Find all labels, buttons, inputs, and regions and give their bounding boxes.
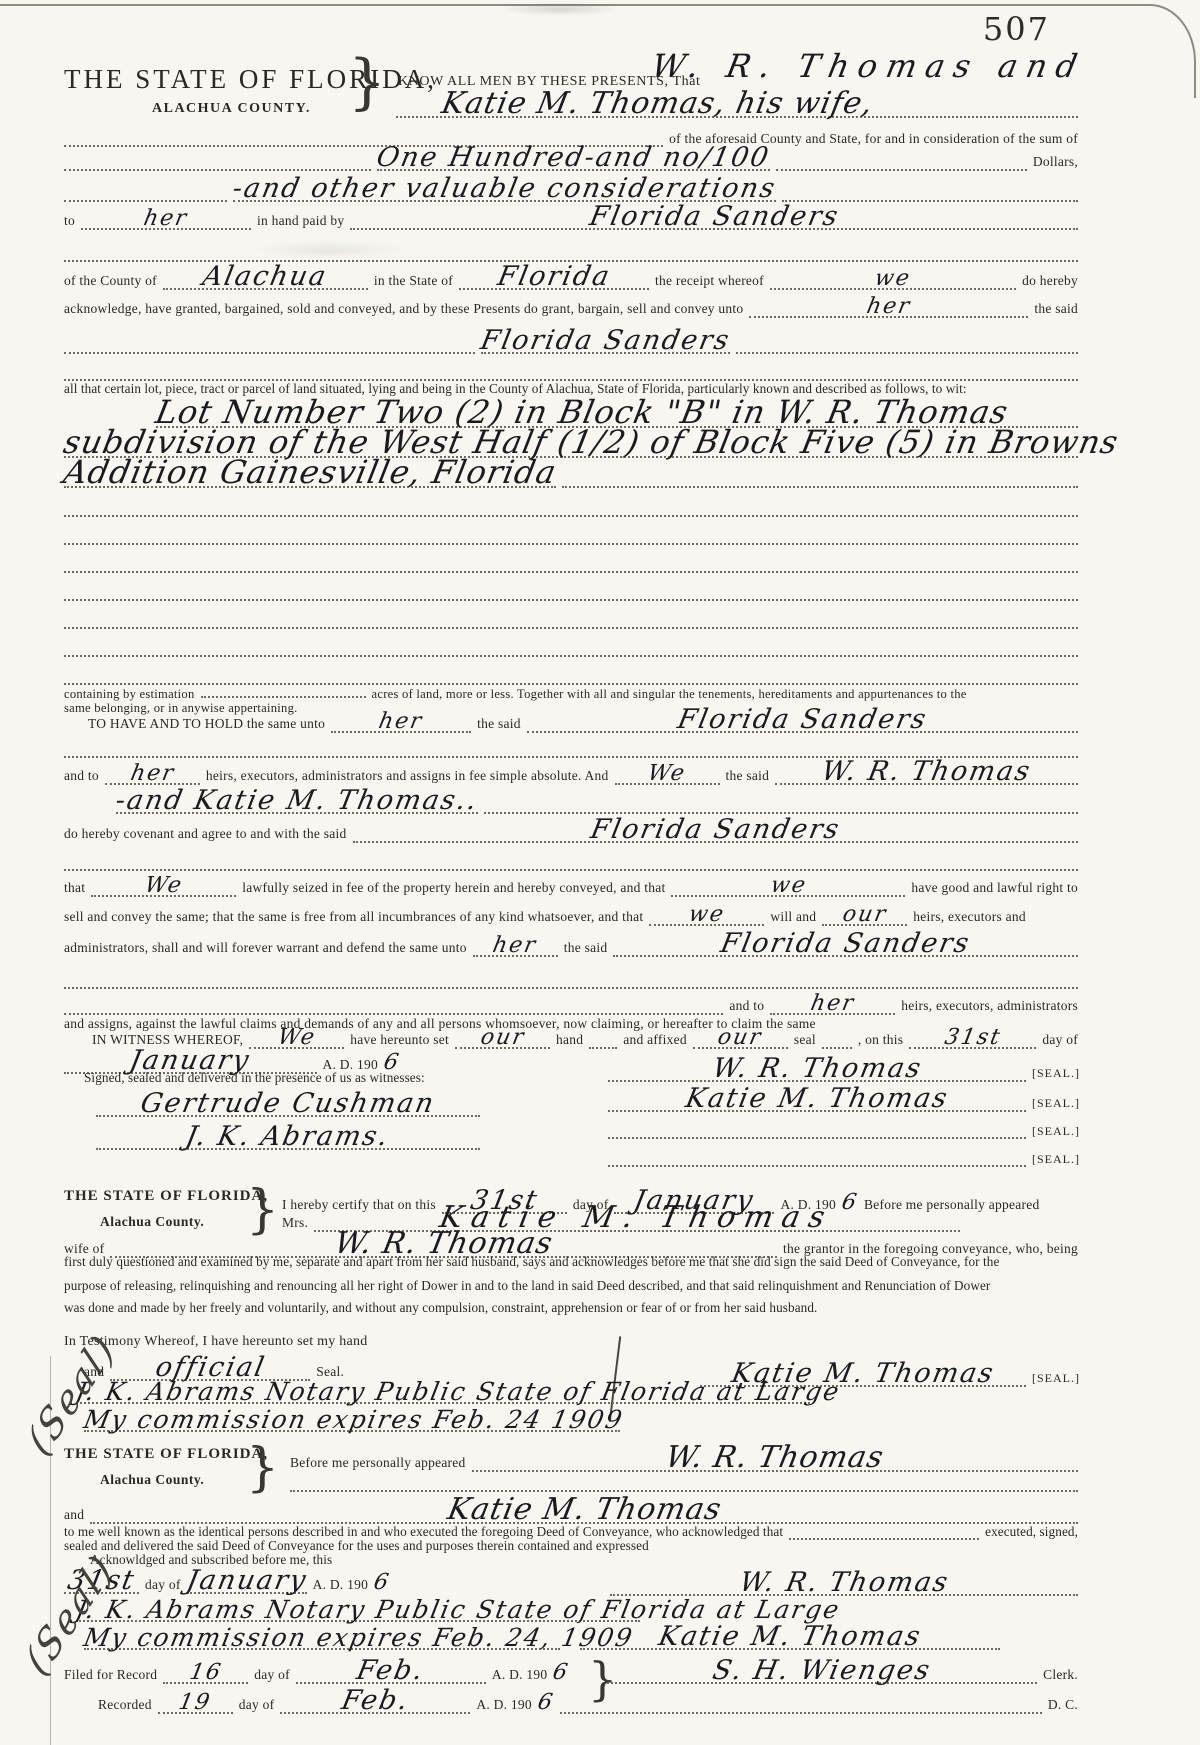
commission2-handwritten: My commission expires Feb. 24, 1909: [82, 1628, 635, 1648]
grantor1-handwritten: W. R. Thomas: [820, 761, 1033, 783]
witness-month-handwritten: January: [128, 1050, 252, 1072]
payer-handwritten: Florida Sanders: [588, 206, 841, 228]
filed-year-handwritten: 6: [552, 1664, 571, 1682]
filed-month-handwritten: Feb.: [355, 1660, 426, 1682]
witness1-field: Gertrude Cushman: [96, 1093, 480, 1117]
row-blank: [64, 681, 1078, 685]
county-heading: ALACHUA COUNTY.: [152, 101, 311, 117]
joint-person1-handwritten: W. R. Thomas: [664, 1446, 886, 1470]
joint-person1-field: W. R. Thomas: [472, 1446, 1078, 1472]
acres-text: acres of land, more or less. Together wi…: [372, 687, 967, 702]
row-blank: [64, 653, 1078, 657]
dotted-rule: [64, 1011, 723, 1015]
row-notary-2: J. K. Abrams Notary Public State of Flor…: [76, 1600, 640, 1622]
unto-handwritten: her: [865, 298, 912, 316]
habendum-the-said-label: the said: [477, 716, 521, 732]
filed-month-field: Feb.: [296, 1660, 486, 1684]
habendum-grantee-field: Florida Sanders: [527, 709, 1078, 733]
row-blank: [64, 867, 1078, 871]
seal-tag: [SEAL.]: [1032, 1371, 1080, 1386]
row-signature-3: [SEAL.]: [608, 1124, 1080, 1139]
joint-day-of-label: day of: [145, 1577, 181, 1593]
joint-county-heading: Alachua County.: [100, 1472, 204, 1488]
row-dower-para3: was done and made by her freely and volu…: [64, 1300, 1078, 1316]
row-joint-before: Before me personally appeared W. R. Thom…: [290, 1446, 1078, 1472]
grantor2-field: -and Katie M. Thomas..: [116, 790, 478, 814]
notary2-field: J. K. Abrams Notary Public State of Flor…: [76, 1600, 640, 1622]
signature2-field: Katie M. Thomas: [608, 1088, 1026, 1112]
habendum-grantee-handwritten: Florida Sanders: [676, 709, 929, 731]
dotted-rule: [64, 867, 1078, 871]
grantors-handwritten-line1: W. R. Thomas and: [650, 54, 1088, 80]
page-number: 507: [983, 10, 1050, 48]
her2-handwritten: her: [809, 995, 856, 1013]
do-hereby-label: do hereby: [1022, 273, 1078, 289]
will-and-label: will and: [770, 909, 816, 925]
joint-month-handwritten: January: [185, 1570, 309, 1592]
lawful-right-text: have good and lawful right to: [911, 880, 1078, 896]
recorded-day-handwritten: 19: [178, 1694, 213, 1712]
receipt-handwritten: we: [873, 270, 912, 288]
row-admin: administrators, shall and will forever w…: [64, 933, 1078, 957]
our2-field: our: [693, 1029, 788, 1049]
recorded-day-of-label: day of: [239, 1697, 275, 1713]
warranty-the-said-label: the said: [564, 940, 608, 956]
row-in-hand: to her in hand paid by Florida Sanders: [64, 206, 1078, 230]
dotted-rule: [64, 350, 475, 354]
county-field: Alachua: [163, 266, 368, 290]
joint-before-text: Before me personally appeared: [290, 1455, 466, 1471]
we2-handwritten: we: [769, 877, 808, 895]
we1-handwritten: We: [143, 877, 184, 895]
heirs-exec-text: heirs, executors and: [913, 909, 1026, 925]
seal-tag: [SEAL.]: [1032, 1066, 1080, 1081]
our-handwritten: our: [841, 906, 888, 924]
dc-label: D. C.: [1048, 1697, 1078, 1713]
clerk-signature-field: S. H. Wienges: [607, 1660, 1037, 1684]
joint-person2-field: Katie M. Thomas: [90, 1498, 1078, 1524]
row-acknowledge: acknowledge, have granted, bargained, so…: [64, 298, 1078, 318]
dotted-rule: [64, 681, 1078, 685]
witness1-signature: Gertrude Cushman: [139, 1093, 437, 1115]
and-affixed-label: and affixed: [623, 1032, 687, 1048]
witness2-signature: J. K. Abrams.: [184, 1126, 391, 1148]
filed-ad-label: A. D. 190: [492, 1667, 548, 1683]
dotted-rule: [776, 167, 1027, 171]
our-field: our: [822, 906, 907, 926]
row-signature-2: Katie M. Thomas [SEAL.]: [608, 1088, 1080, 1112]
row-and-to-heirs: and to her heirs, executors, administrat…: [64, 761, 1078, 785]
covenant-grantee-field: Florida Sanders: [353, 819, 1078, 843]
row-commission-2: My commission expires Feb. 24, 1909: [84, 1628, 560, 1650]
clerk-label: Clerk.: [1043, 1667, 1078, 1683]
header-brace: }: [348, 52, 386, 112]
dower-brace: }: [246, 1184, 279, 1236]
we3-handwritten: we: [687, 906, 726, 924]
our2-handwritten: our: [717, 1029, 764, 1047]
row-grantee-name: Florida Sanders: [64, 330, 1078, 354]
joint-ad-label: A. D. 190: [313, 1577, 369, 1593]
hand-label: hand: [556, 1032, 583, 1048]
seal-word-label: seal: [794, 1032, 816, 1048]
deed-page: { "page_number": "507", "seal_label": "[…: [0, 0, 1200, 1745]
dower-para1-text: first duly questioned and examined by me…: [64, 1254, 999, 1270]
row-blank: [64, 985, 1078, 989]
state-of-label: in the State of: [374, 273, 453, 289]
seal-tag: [SEAL.]: [1032, 1152, 1080, 1167]
notary1-field: J. K. Abrams Notary Public State of Flor…: [76, 1382, 810, 1404]
signed-line-text: Signed, sealed and delivered in the pres…: [84, 1070, 425, 1086]
row-joint-signature-2: Katie M. Thomas: [580, 1626, 1000, 1650]
commission1-handwritten: My commission expires Feb. 24 1909: [82, 1410, 625, 1430]
witness-we-handwritten: We: [276, 1029, 317, 1047]
row-sell: sell and convey the same; that the same …: [64, 906, 1078, 926]
dotted-rule: [736, 350, 1078, 354]
seal-tag: [SEAL.]: [1032, 1124, 1080, 1139]
to-field: her: [81, 210, 251, 230]
filed-label: Filed for Record: [64, 1667, 157, 1683]
notary2-handwritten: J. K. Abrams Notary Public State of Flor…: [74, 1600, 842, 1620]
row-grantors-line2: Katie M. Thomas, his wife,: [396, 92, 1078, 118]
habendum-unto-handwritten: her: [378, 713, 425, 731]
county-of-label: of the County of: [64, 273, 157, 289]
dotted-rule: [64, 597, 1078, 601]
row-description-3: Addition Gainesville, Florida: [64, 460, 1078, 488]
witness-year-handwritten: 6: [382, 1054, 401, 1072]
dotted-rule: [608, 1163, 1026, 1167]
her-handwritten: her: [492, 937, 539, 955]
husband-name-handwritten: W. R. Thomas: [333, 1232, 555, 1256]
row-county-state: of the County of Alachua in the State of…: [64, 266, 1078, 290]
recorded-year-handwritten: 6: [536, 1694, 555, 1712]
scan-smudge: [250, 240, 410, 260]
row-containing: containing by estimation acres of land, …: [64, 687, 1078, 702]
our1-handwritten: our: [479, 1029, 526, 1047]
in-hand-label: in hand paid by: [257, 213, 344, 229]
official-handwritten: official: [153, 1357, 267, 1379]
dotted-rule: [484, 810, 1078, 814]
row-signature-4: [SEAL.]: [608, 1152, 1080, 1167]
grantee-field: Florida Sanders: [481, 330, 730, 354]
we3-field: we: [649, 906, 764, 926]
containing-label: containing by estimation: [64, 687, 195, 702]
row-notary-1: J. K. Abrams Notary Public State of Flor…: [76, 1382, 810, 1404]
dotted-rule: [608, 1135, 1026, 1139]
commission1-field: My commission expires Feb. 24 1909: [84, 1410, 620, 1432]
habendum-unto-field: her: [331, 713, 471, 733]
her-field: her: [473, 937, 558, 957]
county-handwritten: Alachua: [201, 266, 329, 288]
row-blank: [64, 625, 1078, 629]
row-commission-1: My commission expires Feb. 24 1909: [84, 1410, 620, 1432]
witness-day-handwritten: 31st: [943, 1029, 1003, 1047]
row-other-consideration: -and other valuable considerations: [64, 178, 1078, 202]
heirs-text: heirs, executors, administrators and ass…: [206, 768, 609, 784]
witness-day-field: 31st: [909, 1029, 1036, 1049]
row-testimony: In Testimony Whereof, I have hereunto se…: [64, 1334, 1078, 1350]
recorded-day-field: 19: [158, 1694, 233, 1714]
dower-para2-text: purpose of releasing, relinquishing and …: [64, 1278, 990, 1294]
joint-month-field: January: [187, 1570, 307, 1594]
grantor2-handwritten: -and Katie M. Thomas..: [114, 790, 480, 812]
state-handwritten: Florida: [496, 266, 613, 288]
dower-state-heading: THE STATE OF FLORIDA,: [64, 1188, 268, 1205]
row-signature-1: W. R. Thomas [SEAL.]: [608, 1058, 1080, 1082]
description-handwritten-1: Lot Number Two (2) in Block "B" in W. R.…: [154, 400, 1011, 426]
we-field: We: [615, 765, 720, 785]
dotted-rule: [562, 484, 1078, 488]
dotted-rule: [64, 625, 1078, 629]
dollars-label: Dollars,: [1033, 154, 1078, 170]
heirs-pron-field: her: [105, 765, 200, 785]
joint-signature2-field: Katie M. Thomas: [580, 1626, 1000, 1650]
seal-tag: [SEAL.]: [1032, 1096, 1080, 1111]
on-this-label: , on this: [858, 1032, 903, 1048]
covenant-the-said-label: the said: [726, 768, 770, 784]
row-joint-and: and Katie M. Thomas: [64, 1498, 1078, 1524]
row-joint-signature-1: W. R. Thomas: [610, 1572, 1078, 1596]
row-and-to-2: and to her heirs, executors, administrat…: [64, 995, 1078, 1015]
grantor1-signature: W. R. Thomas: [710, 1058, 923, 1080]
dotted-rule: [589, 1045, 617, 1049]
covenant-text: do hereby covenant and agree to and with…: [64, 826, 347, 842]
our1-field: our: [455, 1029, 550, 1049]
recorded-ad-label: A. D. 190: [476, 1697, 532, 1713]
dotted-rule: [64, 167, 371, 171]
dotted-rule: [64, 653, 1078, 657]
filed-day-handwritten: 16: [188, 1664, 223, 1682]
filed-day-field: 16: [163, 1664, 248, 1684]
acreage-field: [201, 696, 366, 698]
witness-we-field: We: [249, 1029, 344, 1049]
sell-text: sell and convey the same; that the same …: [64, 909, 643, 925]
covenant-grantee-handwritten: Florida Sanders: [589, 819, 842, 841]
to-label: to: [64, 213, 75, 229]
unto-field: her: [749, 298, 1028, 318]
joint-and-label: and: [64, 1507, 84, 1523]
row-joint-date: 31st day of January A. D. 190 6: [64, 1570, 490, 1594]
signature1-field: W. R. Thomas: [608, 1058, 1026, 1082]
day-of-label: day of: [1042, 1032, 1078, 1048]
we-handwritten: We: [646, 765, 687, 783]
description-handwritten-2: subdivision of the West Half (1/2) of Bl…: [62, 430, 1121, 456]
row-seized: that We lawfully seized in fee of the pr…: [64, 877, 1078, 897]
joint-signature2: Katie M. Thomas: [657, 1626, 924, 1648]
and-to-2-label: and to: [729, 998, 764, 1014]
warranty-grantee-handwritten: Florida Sanders: [719, 933, 972, 955]
filed-day-of-label: day of: [254, 1667, 290, 1683]
we1-field: We: [91, 877, 236, 897]
seized-text: lawfully seized in fee of the property h…: [242, 880, 665, 896]
row-dower-para2: purpose of releasing, relinquishing and …: [64, 1278, 1078, 1294]
grantor1-field: W. R. Thomas: [775, 761, 1078, 785]
row-to-have: TO HAVE AND TO HOLD the same unto her th…: [64, 709, 1078, 733]
row-amount: One Hundred-and no/100 Dollars,: [64, 147, 1078, 171]
we2-field: we: [671, 877, 905, 897]
grantors-line2-field: Katie M. Thomas, his wife,: [396, 92, 1078, 118]
her2-field: her: [770, 995, 895, 1015]
joint-signature1: W. R. Thomas: [737, 1572, 950, 1594]
amount-field: One Hundred-and no/100: [377, 147, 770, 171]
row-grantor2: -and Katie M. Thomas..: [64, 790, 1078, 814]
heirs2-text: heirs, executors, administrators: [901, 998, 1078, 1014]
warranty-grantee-field: Florida Sanders: [613, 933, 1078, 957]
grantee-handwritten: Florida Sanders: [479, 330, 732, 352]
that-label: that: [64, 880, 85, 896]
joint-person2-handwritten: Katie M. Thomas: [445, 1498, 723, 1522]
joint-year-handwritten: 6: [372, 1574, 391, 1592]
dower-para3-text: was done and made by her freely and volu…: [64, 1300, 817, 1316]
dotted-rule: [64, 513, 1078, 517]
and-to-label: and to: [64, 768, 99, 784]
other-consideration-field: -and other valuable considerations: [233, 178, 776, 202]
row-filed: Filed for Record 16 day of Feb. A. D. 19…: [64, 1660, 1078, 1684]
row-witness1: Gertrude Cushman: [96, 1093, 480, 1117]
admin-text: administrators, shall and will forever w…: [64, 940, 467, 956]
row-dower-para1: first duly questioned and examined by me…: [64, 1254, 1078, 1270]
grantors-handwritten-line2: Katie M. Thomas, his wife,: [440, 92, 875, 116]
witness2-field: J. K. Abrams.: [96, 1126, 480, 1150]
receipt-field: we: [770, 270, 1016, 290]
dotted-rule: [822, 1045, 852, 1049]
clerk-signature: S. H. Wienges: [711, 1660, 933, 1682]
scan-smudge: [500, 2, 620, 16]
payer-field: Florida Sanders: [350, 206, 1078, 230]
row-blank: [64, 513, 1078, 517]
acknowledge-text: acknowledge, have granted, bargained, so…: [64, 301, 743, 317]
dotted-rule: [64, 985, 1078, 989]
joint-brace: }: [246, 1442, 279, 1494]
dotted-rule: [64, 569, 1078, 573]
description-handwritten-3: Addition Gainesville, Florida: [62, 460, 559, 486]
other-consideration-handwritten: -and other valuable considerations: [231, 178, 778, 200]
mrs-label: Mrs.: [282, 1215, 308, 1231]
recorded-label: Recorded: [98, 1697, 152, 1713]
to-have-text: TO HAVE AND TO HOLD the same unto: [88, 716, 325, 732]
the-said-label: the said: [1034, 301, 1078, 317]
joint-state-heading: THE STATE OF FLORIDA,: [64, 1446, 268, 1463]
dotted-rule: [64, 198, 227, 202]
description-field-3: Addition Gainesville, Florida: [64, 460, 556, 488]
dower-county-heading: Alachua County.: [100, 1214, 204, 1230]
row-covenant: do hereby covenant and agree to and with…: [64, 819, 1078, 843]
dotted-rule: [560, 1710, 1042, 1714]
row-blank: [64, 569, 1078, 573]
commission2-field: My commission expires Feb. 24, 1909: [84, 1628, 560, 1650]
row-signed-line: Signed, sealed and delivered in the pres…: [84, 1070, 540, 1086]
recorded-month-field: Feb.: [280, 1690, 470, 1714]
notary1-handwritten: J. K. Abrams Notary Public State of Flor…: [74, 1382, 842, 1402]
recorded-month-handwritten: Feb.: [340, 1690, 411, 1712]
hereunto-text: have hereunto set: [350, 1032, 449, 1048]
state-field: Florida: [459, 266, 649, 290]
grantor2-signature: Katie M. Thomas: [684, 1088, 951, 1110]
heirs-pron-handwritten: her: [129, 765, 176, 783]
row-witness2: J. K. Abrams.: [96, 1126, 480, 1150]
row-blank: [64, 597, 1078, 601]
amount-handwritten: One Hundred-and no/100: [375, 147, 772, 169]
row-recorded: Recorded 19 day of Feb. A. D. 190 6 D. C…: [64, 1690, 1078, 1714]
receipt-label: the receipt whereof: [655, 273, 764, 289]
to-handwritten: her: [142, 210, 189, 228]
dotted-rule: [64, 541, 1078, 545]
joint-signature1-field: W. R. Thomas: [610, 1572, 1078, 1596]
row-blank: [64, 541, 1078, 545]
